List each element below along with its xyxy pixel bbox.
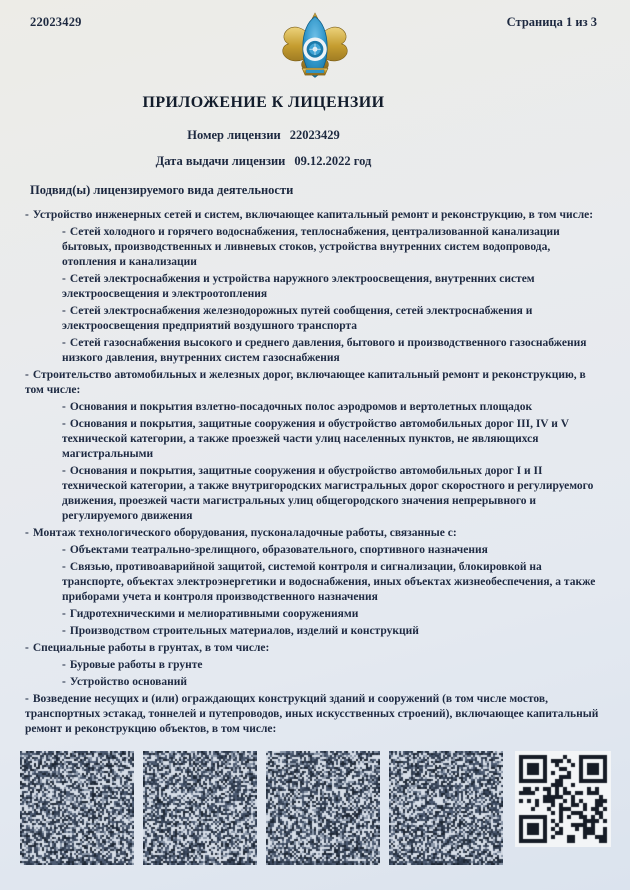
list-item: -Гидротехническими и мелиоративными соор…: [0, 607, 602, 622]
list-item-text: Основания и покрытия, защитные сооружени…: [62, 418, 569, 460]
security-noise-pattern: [143, 751, 257, 865]
license-appendix-page: 22023429 Страница 1 из 3: [0, 0, 630, 890]
subtypes-heading: Подвид(ы) лицензируемого вида деятельнос…: [30, 183, 293, 198]
bullet-dash: -: [25, 209, 29, 221]
bullet-dash: -: [62, 676, 66, 688]
issue-date-value: 09.12.2022 год: [294, 154, 371, 168]
list-item-text: Сетей газоснабжения высокого и среднего …: [62, 337, 586, 364]
bullet-dash: -: [62, 305, 66, 317]
issue-date-line: Дата выдачи лицензии09.12.2022 год: [0, 154, 527, 169]
qr-code: [515, 751, 611, 847]
security-noise-pattern: [20, 751, 134, 865]
list-item: -Сетей электроснабжения железнодорожных …: [0, 304, 602, 334]
list-item: -Устройство инженерных сетей и систем, в…: [0, 208, 602, 223]
list-item: -Сетей газоснабжения высокого и среднего…: [0, 336, 602, 366]
security-footer: [20, 751, 611, 865]
list-item-text: Объектами театрально-зрелищного, образов…: [70, 544, 488, 556]
bullet-dash: -: [25, 693, 29, 705]
page-indicator: Страница 1 из 3: [507, 15, 597, 30]
activity-list: -Устройство инженерных сетей и систем, в…: [0, 206, 630, 737]
license-number-line: Номер лицензии22023429: [0, 128, 527, 143]
license-number-label: Номер лицензии: [187, 128, 280, 142]
list-item: -Связью, противоаварийной защитой, систе…: [0, 560, 602, 605]
bullet-dash: -: [25, 642, 29, 654]
list-item: -Основания и покрытия, защитные сооружен…: [0, 464, 602, 524]
list-item-text: Сетей электроснабжения и устройства нару…: [62, 273, 535, 300]
security-noise-pattern: [266, 751, 380, 865]
list-item-text: Монтаж технологического оборудования, пу…: [33, 527, 457, 539]
bullet-dash: -: [62, 418, 66, 430]
bullet-dash: -: [62, 561, 66, 573]
list-item: -Строительство автомобильных и железных …: [0, 368, 602, 398]
list-item-text: Буровые работы в грунте: [70, 659, 203, 671]
bullet-dash: -: [25, 369, 29, 381]
list-item-text: Сетей электроснабжения железнодорожных п…: [62, 305, 532, 332]
license-number-corner: 22023429: [30, 15, 82, 30]
bullet-dash: -: [62, 401, 66, 413]
list-item: -Производством строительных материалов, …: [0, 624, 602, 639]
list-item-text: Специальные работы в грунтах, в том числ…: [33, 642, 270, 654]
list-item-text: Основания и покрытия, защитные сооружени…: [62, 465, 593, 522]
issue-date-label: Дата выдачи лицензии: [156, 154, 286, 168]
list-item: -Специальные работы в грунтах, в том чис…: [0, 641, 602, 656]
list-item-text: Устройство оснований: [70, 676, 187, 688]
list-item-text: Гидротехническими и мелиоративными соору…: [70, 608, 358, 620]
list-item-text: Устройство инженерных сетей и систем, вк…: [33, 209, 593, 221]
list-item: -Монтаж технологического оборудования, п…: [0, 526, 602, 541]
bullet-dash: -: [62, 337, 66, 349]
list-item: -Буровые работы в грунте: [0, 658, 602, 673]
list-item-text: Связью, противоаварийной защитой, систем…: [62, 561, 595, 603]
bullet-dash: -: [62, 465, 66, 477]
bullet-dash: -: [62, 226, 66, 238]
list-item-text: Сетей холодного и горячего водоснабжения…: [62, 226, 560, 268]
bullet-dash: -: [62, 608, 66, 620]
list-item: -Основания и покрытия, защитные сооружен…: [0, 417, 602, 462]
list-item: -Основания и покрытия взлетно-посадочных…: [0, 400, 602, 415]
bullet-dash: -: [62, 544, 66, 556]
list-item: -Сетей холодного и горячего водоснабжени…: [0, 225, 602, 270]
bullet-dash: -: [25, 527, 29, 539]
list-item-text: Возведение несущих и (или) ограждающих к…: [25, 693, 598, 735]
list-item-text: Производством строительных материалов, и…: [70, 625, 419, 637]
license-number-value: 22023429: [290, 128, 340, 142]
bullet-dash: -: [62, 625, 66, 637]
list-item: -Сетей электроснабжения и устройства нар…: [0, 272, 602, 302]
list-item: -Устройство оснований: [0, 675, 602, 690]
list-item-text: Строительство автомобильных и железных д…: [25, 369, 586, 396]
security-noise-pattern: [389, 751, 503, 865]
list-item: -Объектами театрально-зрелищного, образо…: [0, 543, 602, 558]
bullet-dash: -: [62, 659, 66, 671]
list-item-text: Основания и покрытия взлетно-посадочных …: [70, 401, 532, 413]
list-item: -Возведение несущих и (или) ограждающих …: [0, 692, 602, 737]
document-title: ПРИЛОЖЕНИЕ К ЛИЦЕНЗИИ: [0, 94, 527, 112]
kazakhstan-emblem-icon: [277, 12, 353, 88]
bullet-dash: -: [62, 273, 66, 285]
